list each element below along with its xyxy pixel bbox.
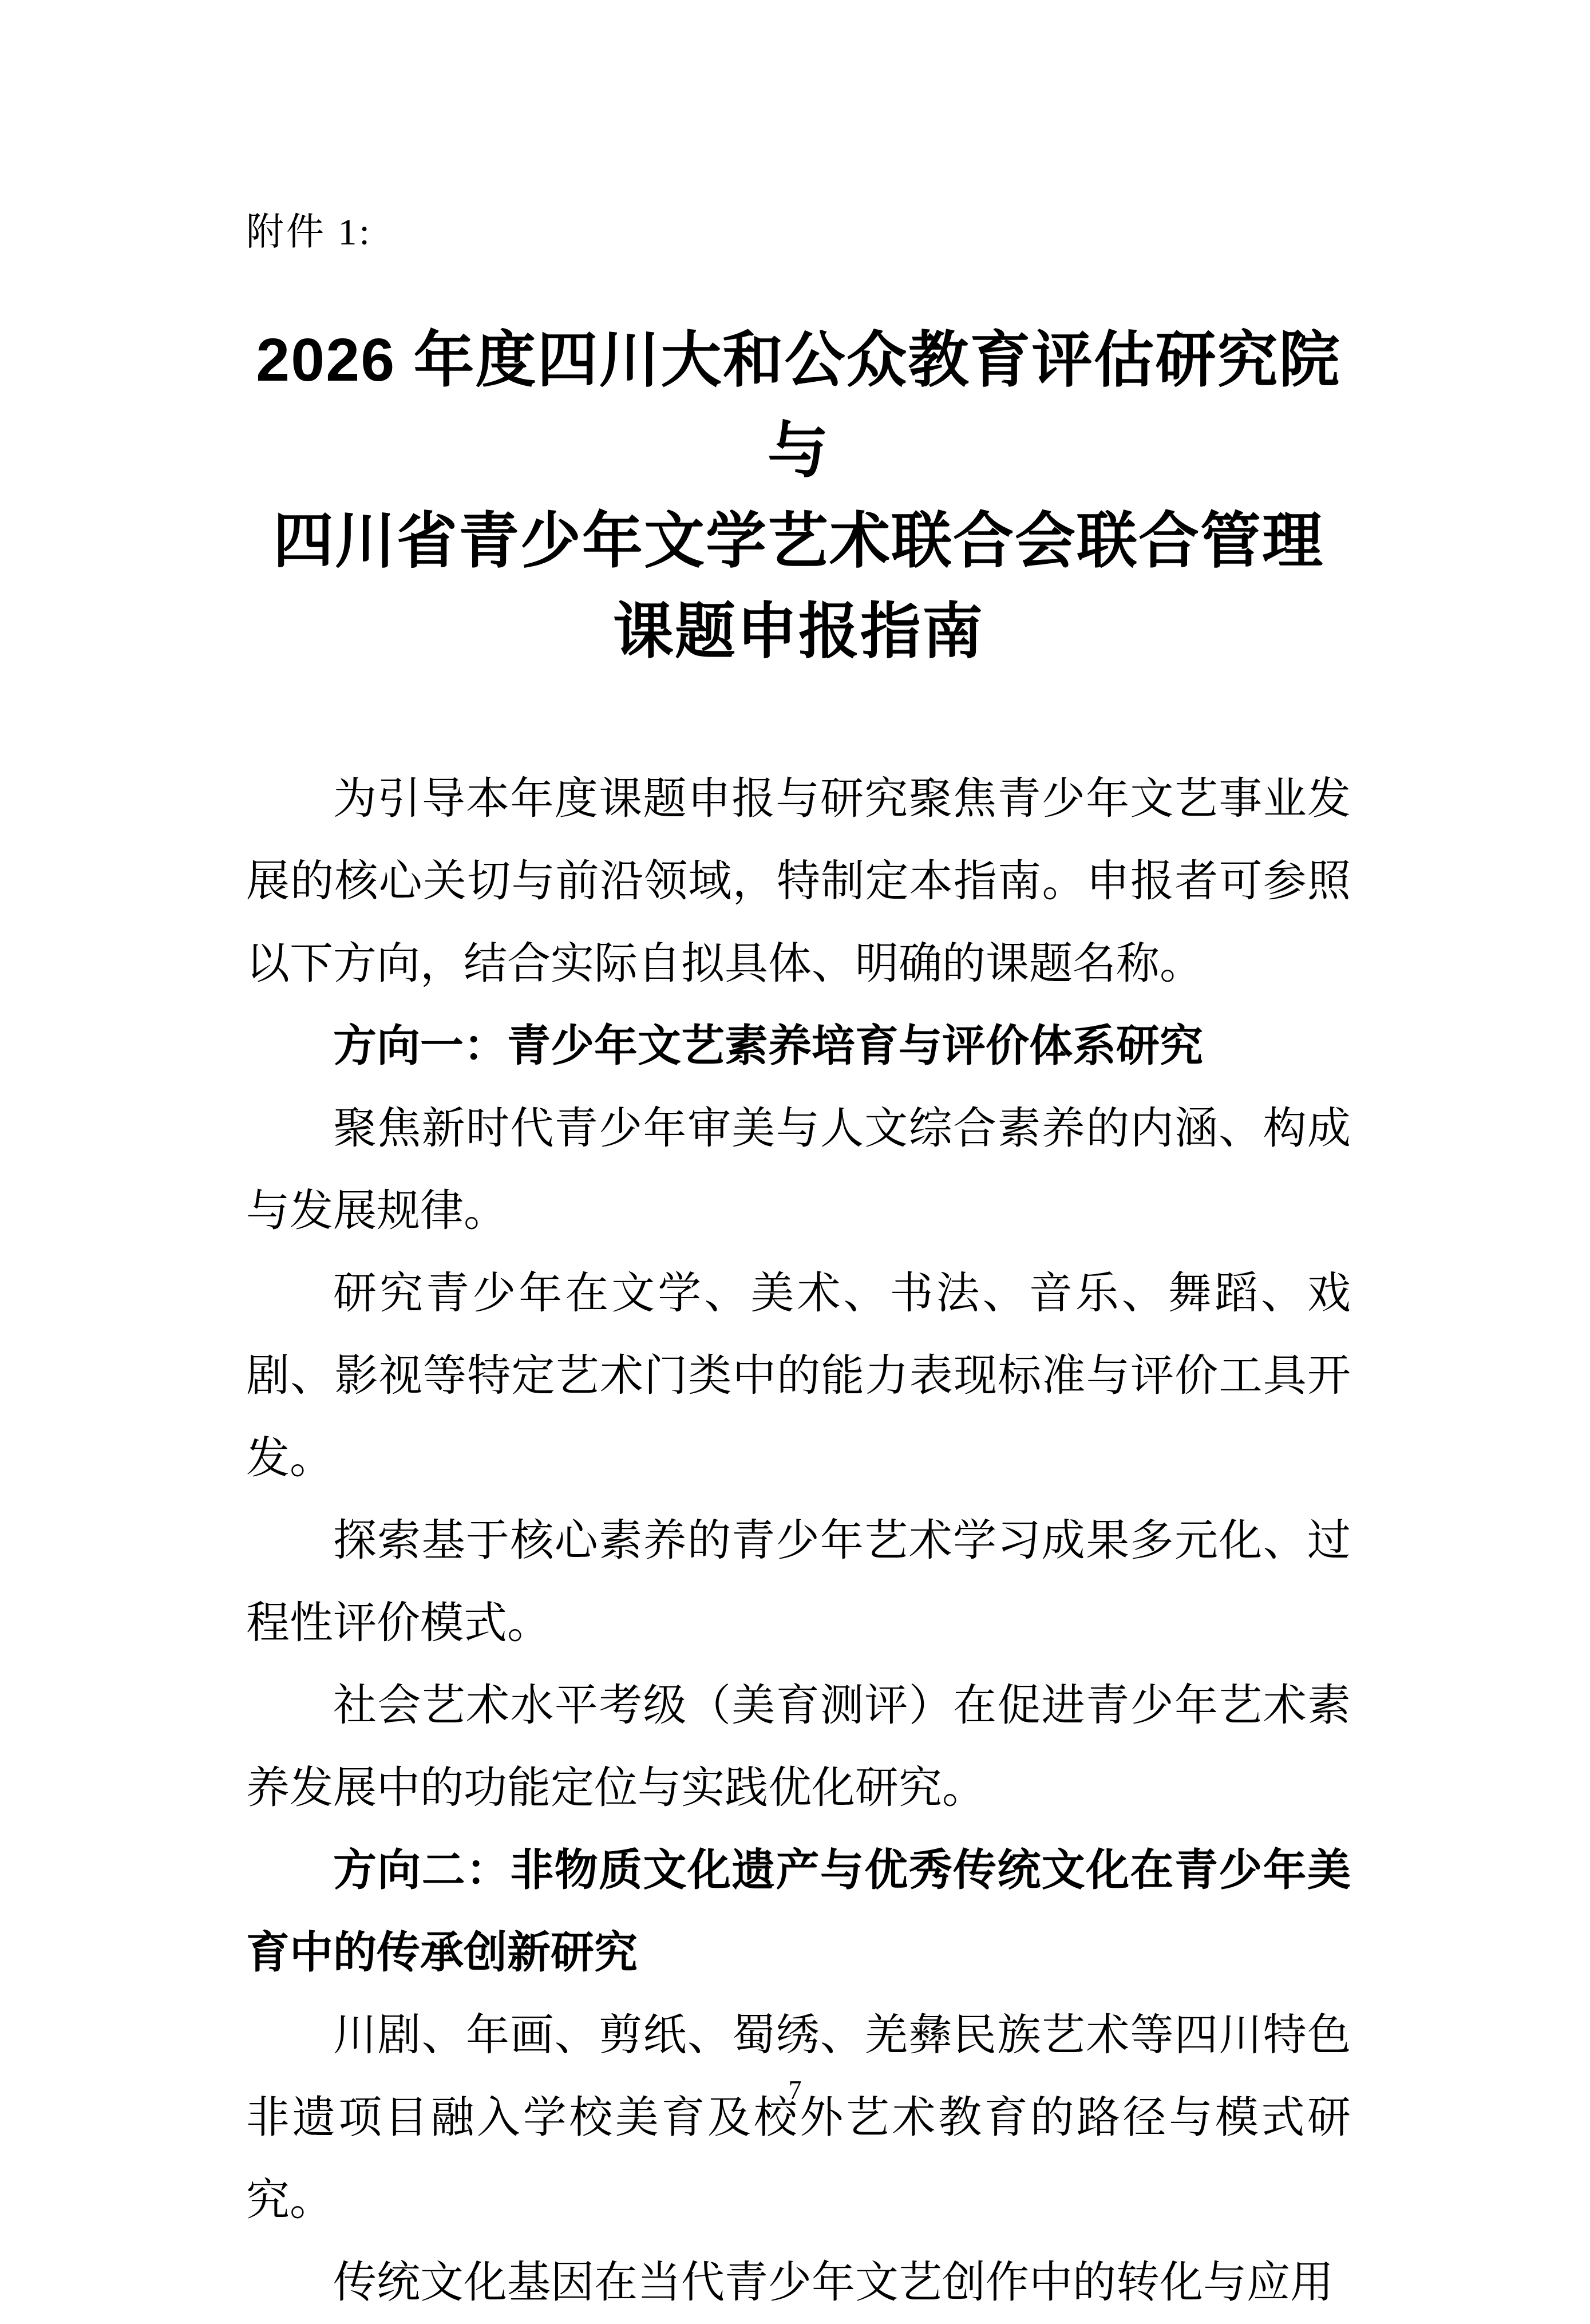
document-page: 附件 1: 2026 年度四川大和公众教育评估研究院与 四川省青少年文学艺术联合…	[0, 0, 1590, 2249]
title-line-3: 课题申报指南	[246, 586, 1351, 677]
paragraph: 社会艺术水平考级（美育测评）在促进青少年艺术素养发展中的功能定位与实践优化研究。	[246, 1665, 1351, 1829]
paragraph: 为引导本年度课题申报与研究聚焦青少年文艺事业发展的核心关切与前沿领域，特制定本指…	[246, 758, 1351, 1005]
paragraph: 研究青少年在文学、美术、书法、音乐、舞蹈、戏剧、影视等特定艺术门类中的能力表现标…	[246, 1252, 1351, 1500]
title-line-1: 2026 年度四川大和公众教育评估研究院与	[246, 315, 1351, 496]
paragraph: 传统文化基因在当代青少年文艺创作中的转化与应用	[246, 2242, 1351, 2324]
title-line-2: 四川省青少年文学艺术联合会联合管理	[246, 496, 1351, 586]
section-heading: 方向二：非物质文化遗产与优秀传统文化在青少年美育中的传承创新研究	[246, 1829, 1351, 1994]
section-heading: 方向一：青少年文艺素养培育与评价体系研究	[246, 1005, 1351, 1088]
page-number: 7	[0, 2073, 1590, 2108]
paragraph: 川剧、年画、剪纸、蜀绣、羌彝民族艺术等四川特色非遗项目融入学校美育及校外艺术教育…	[246, 1994, 1351, 2242]
paragraph: 探索基于核心素养的青少年艺术学习成果多元化、过程性评价模式。	[246, 1500, 1351, 1665]
paragraph: 聚焦新时代青少年审美与人文综合素养的内涵、构成与发展规律。	[246, 1088, 1351, 1252]
document-title: 2026 年度四川大和公众教育评估研究院与 四川省青少年文学艺术联合会联合管理 …	[246, 315, 1351, 677]
attachment-label: 附件 1:	[246, 205, 1351, 260]
